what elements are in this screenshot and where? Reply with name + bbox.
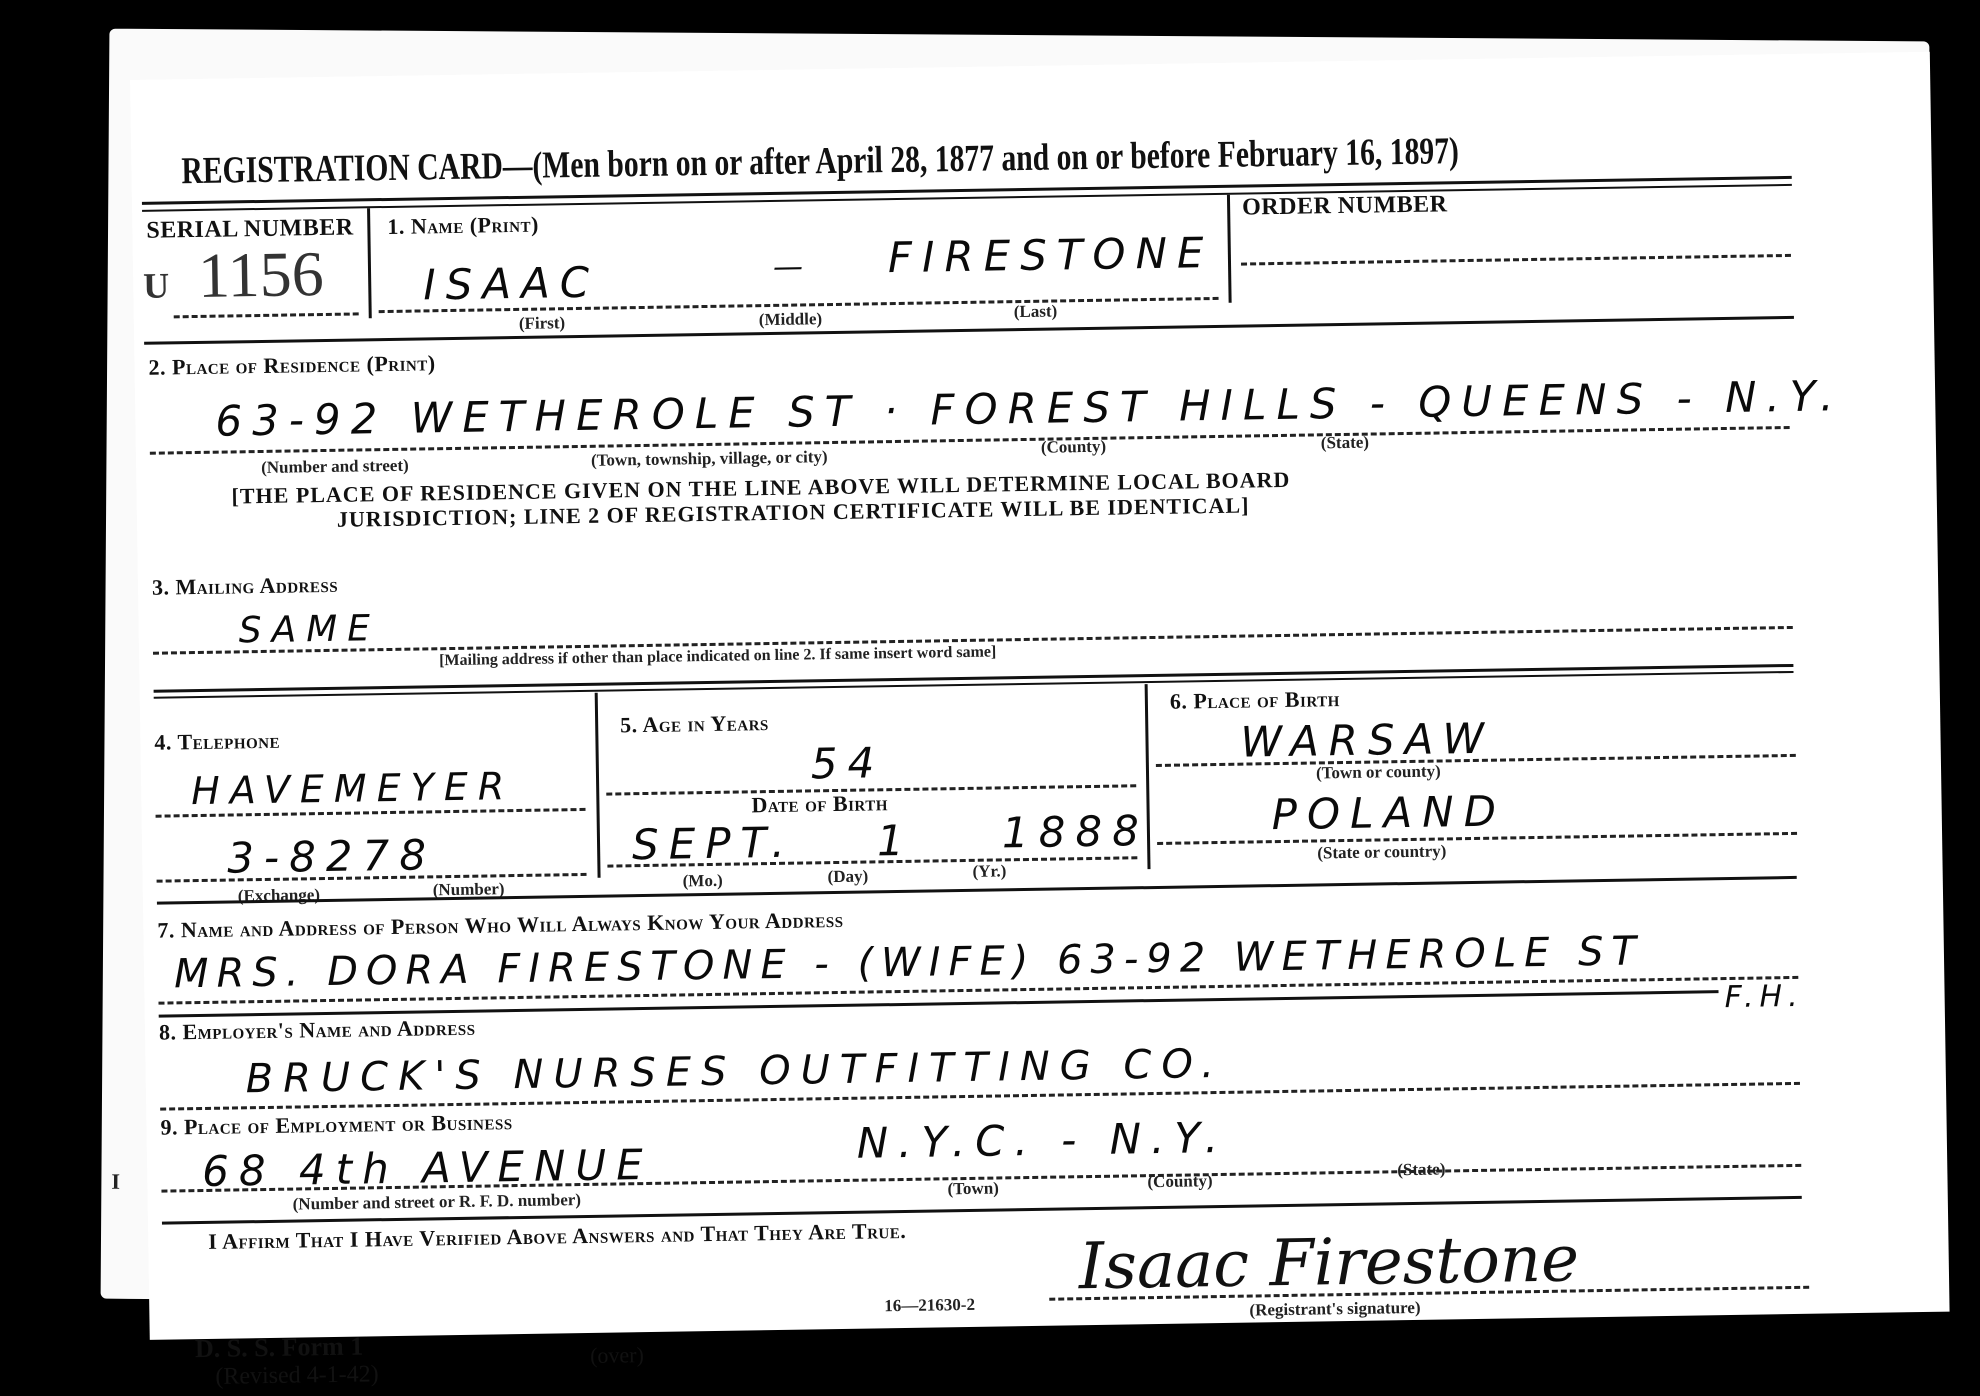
registration-card: REGISTRATION CARD—(Men born on or after … [130, 52, 1950, 1340]
age-label: 5. Age in Years [620, 710, 769, 738]
last-name-value: FIRESTONE [887, 228, 1213, 282]
employment-place-label: 9. Place of Employment or Business [160, 1109, 513, 1141]
day-caption: (Day) [827, 867, 868, 888]
last-caption: (Last) [1014, 301, 1058, 322]
name-label: 1. Name (Print) [387, 212, 539, 240]
first-caption: (First) [519, 313, 566, 334]
date-of-birth-label: Date of Birth [751, 790, 888, 818]
county-caption: (County) [1041, 437, 1106, 458]
affirmation-text: I Affirm That I Have Verified Above Answ… [208, 1218, 906, 1255]
contact-person-line2: F.H. [1724, 979, 1804, 1015]
form-id: D. S. S. Form 1 [195, 1331, 364, 1364]
mailing-address-label: 3. Mailing Address [152, 572, 339, 601]
employment-town-value: N.Y.C. - N.Y. [856, 1113, 1228, 1168]
mailing-address-value: SAME [238, 608, 380, 651]
residence-label: 2. Place of Residence (Print) [148, 350, 435, 381]
print-code: 16—21630-2 [884, 1295, 975, 1316]
street-caption: (Number and street) [261, 456, 409, 478]
residence-value: 63-92 WETHEROLE ST · FOREST HILLS - QUEE… [215, 371, 1844, 446]
form-revision: (Revised 4-1-42) [215, 1361, 379, 1391]
year-caption: (Yr.) [972, 861, 1006, 882]
birth-town-caption: (Town or county) [1316, 761, 1441, 783]
employer-label: 8. Employer's Name and Address [159, 1015, 476, 1046]
serial-prefix: U [143, 264, 170, 306]
birth-day-value: 1 [877, 816, 914, 866]
first-name-value: ISAAC [423, 258, 600, 310]
middle-caption: (Middle) [759, 309, 823, 330]
signature-caption: (Registrant's signature) [1249, 1298, 1420, 1321]
employment-town-caption: (Town) [947, 1178, 999, 1199]
order-number-label: ORDER NUMBER [1242, 191, 1448, 221]
employment-street-caption: (Number and street or R. F. D. number) [293, 1190, 582, 1215]
employment-state-caption: (State) [1397, 1159, 1445, 1180]
over-note: (over) [590, 1342, 644, 1369]
age-value: 54 [810, 738, 884, 788]
state-caption: (State) [1321, 433, 1369, 454]
month-caption: (Mo.) [682, 871, 722, 892]
town-caption: (Town, township, village, or city) [591, 447, 828, 471]
birth-year-value: 1888 [1002, 806, 1150, 857]
place-of-birth-label: 6. Place of Birth [1170, 686, 1340, 715]
birth-country-caption: (State or country) [1317, 841, 1446, 863]
middle-name-value: — [773, 249, 814, 285]
birth-country-value: POLAND [1271, 786, 1506, 839]
telephone-label: 4. Telephone [154, 728, 280, 756]
employment-county-caption: (County) [1147, 1171, 1212, 1192]
contact-person-label: 7. Name and Address of Person Who Will A… [157, 907, 844, 944]
back-card-margin-mark: I [111, 1169, 120, 1195]
telephone-exchange-value: HAVEMEYER [191, 764, 515, 813]
telephone-number-value: 3-8278 [227, 830, 437, 882]
serial-number-value: 1156 [198, 237, 325, 313]
